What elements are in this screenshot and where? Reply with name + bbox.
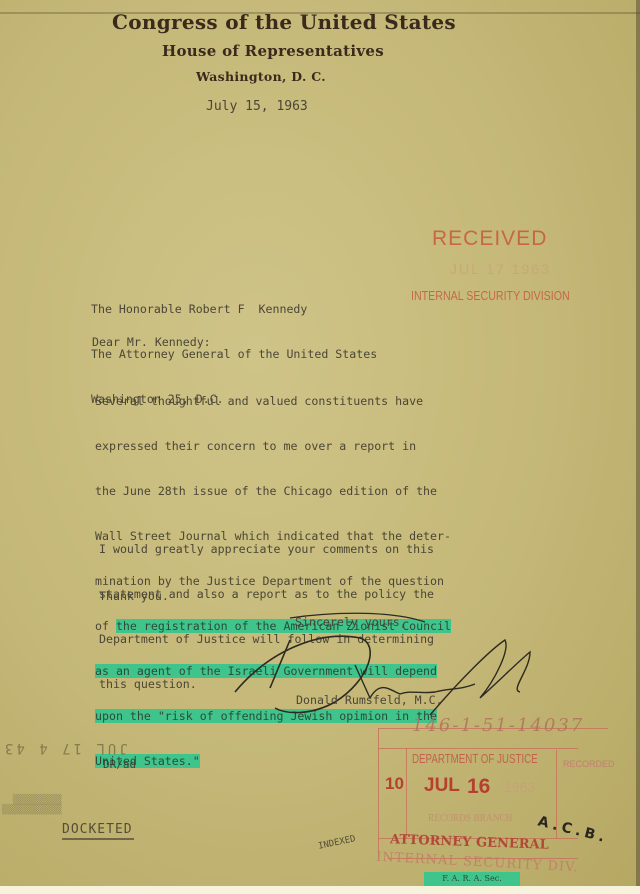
body-line: Several thoughtful and valued constituen… [95,394,451,409]
page-edge [636,0,640,886]
margin-date-stamp: JUL 17 4 43 [2,740,128,756]
doj-stamp-title: DEPARTMENT OF JUSTICE [412,752,538,766]
doj-stamp-day: 16 [467,775,490,799]
letter-date: July 15, 1963 [206,99,308,114]
doj-stamp-branch: RECORDS BRANCH [428,812,512,824]
received-stamp-date: JUL 17 1963 [450,261,551,277]
letter-page: Congress of the United States House of R… [0,0,640,886]
letterhead-city: Washington, D. C. [196,69,326,84]
body-line: expressed their concern to me over a rep… [95,439,451,454]
fara-section-label: F. A. R. A. Sec. [424,872,520,886]
letterhead-congress: Congress of the United States [112,10,456,34]
received-stamp-title: RECEIVED [432,227,547,251]
thanks-line: Thank you. [99,589,169,604]
doj-stamp-month: JUL [424,775,460,797]
signatory-name: Donald Rumsfeld, M.C. [296,693,443,708]
background-strip [0,886,640,894]
letterhead-house: House of Representatives [162,42,384,60]
doj-stamp-year: 1963 [504,779,535,795]
received-stamp-division: INTERNAL SECURITY DIVISION [411,288,570,303]
addressee-line: The Honorable Robert F Kennedy [91,302,377,317]
salutation: Dear Mr. Kennedy: [92,335,211,350]
body-line: I would greatly appreciate your comments… [99,542,434,557]
typist-initials: DR/ad [103,758,136,771]
body-line: the June 28th issue of the Chicago editi… [95,484,451,499]
doj-file-number: 146-1-51-14037 [412,715,584,736]
docketed-underline [62,838,134,840]
doj-stamp-serial: 10 [385,774,404,794]
doj-stamp-side-label: RECORDED [563,758,575,770]
faint-stamp: ▒▒▒▒▒▒▒▒▒▒▒▒▒▒▒▒▒▒▒▒ [2,793,62,813]
indexed-stamp: INDEXED [317,834,356,852]
docketed-stamp: DOCKETED [62,822,133,837]
